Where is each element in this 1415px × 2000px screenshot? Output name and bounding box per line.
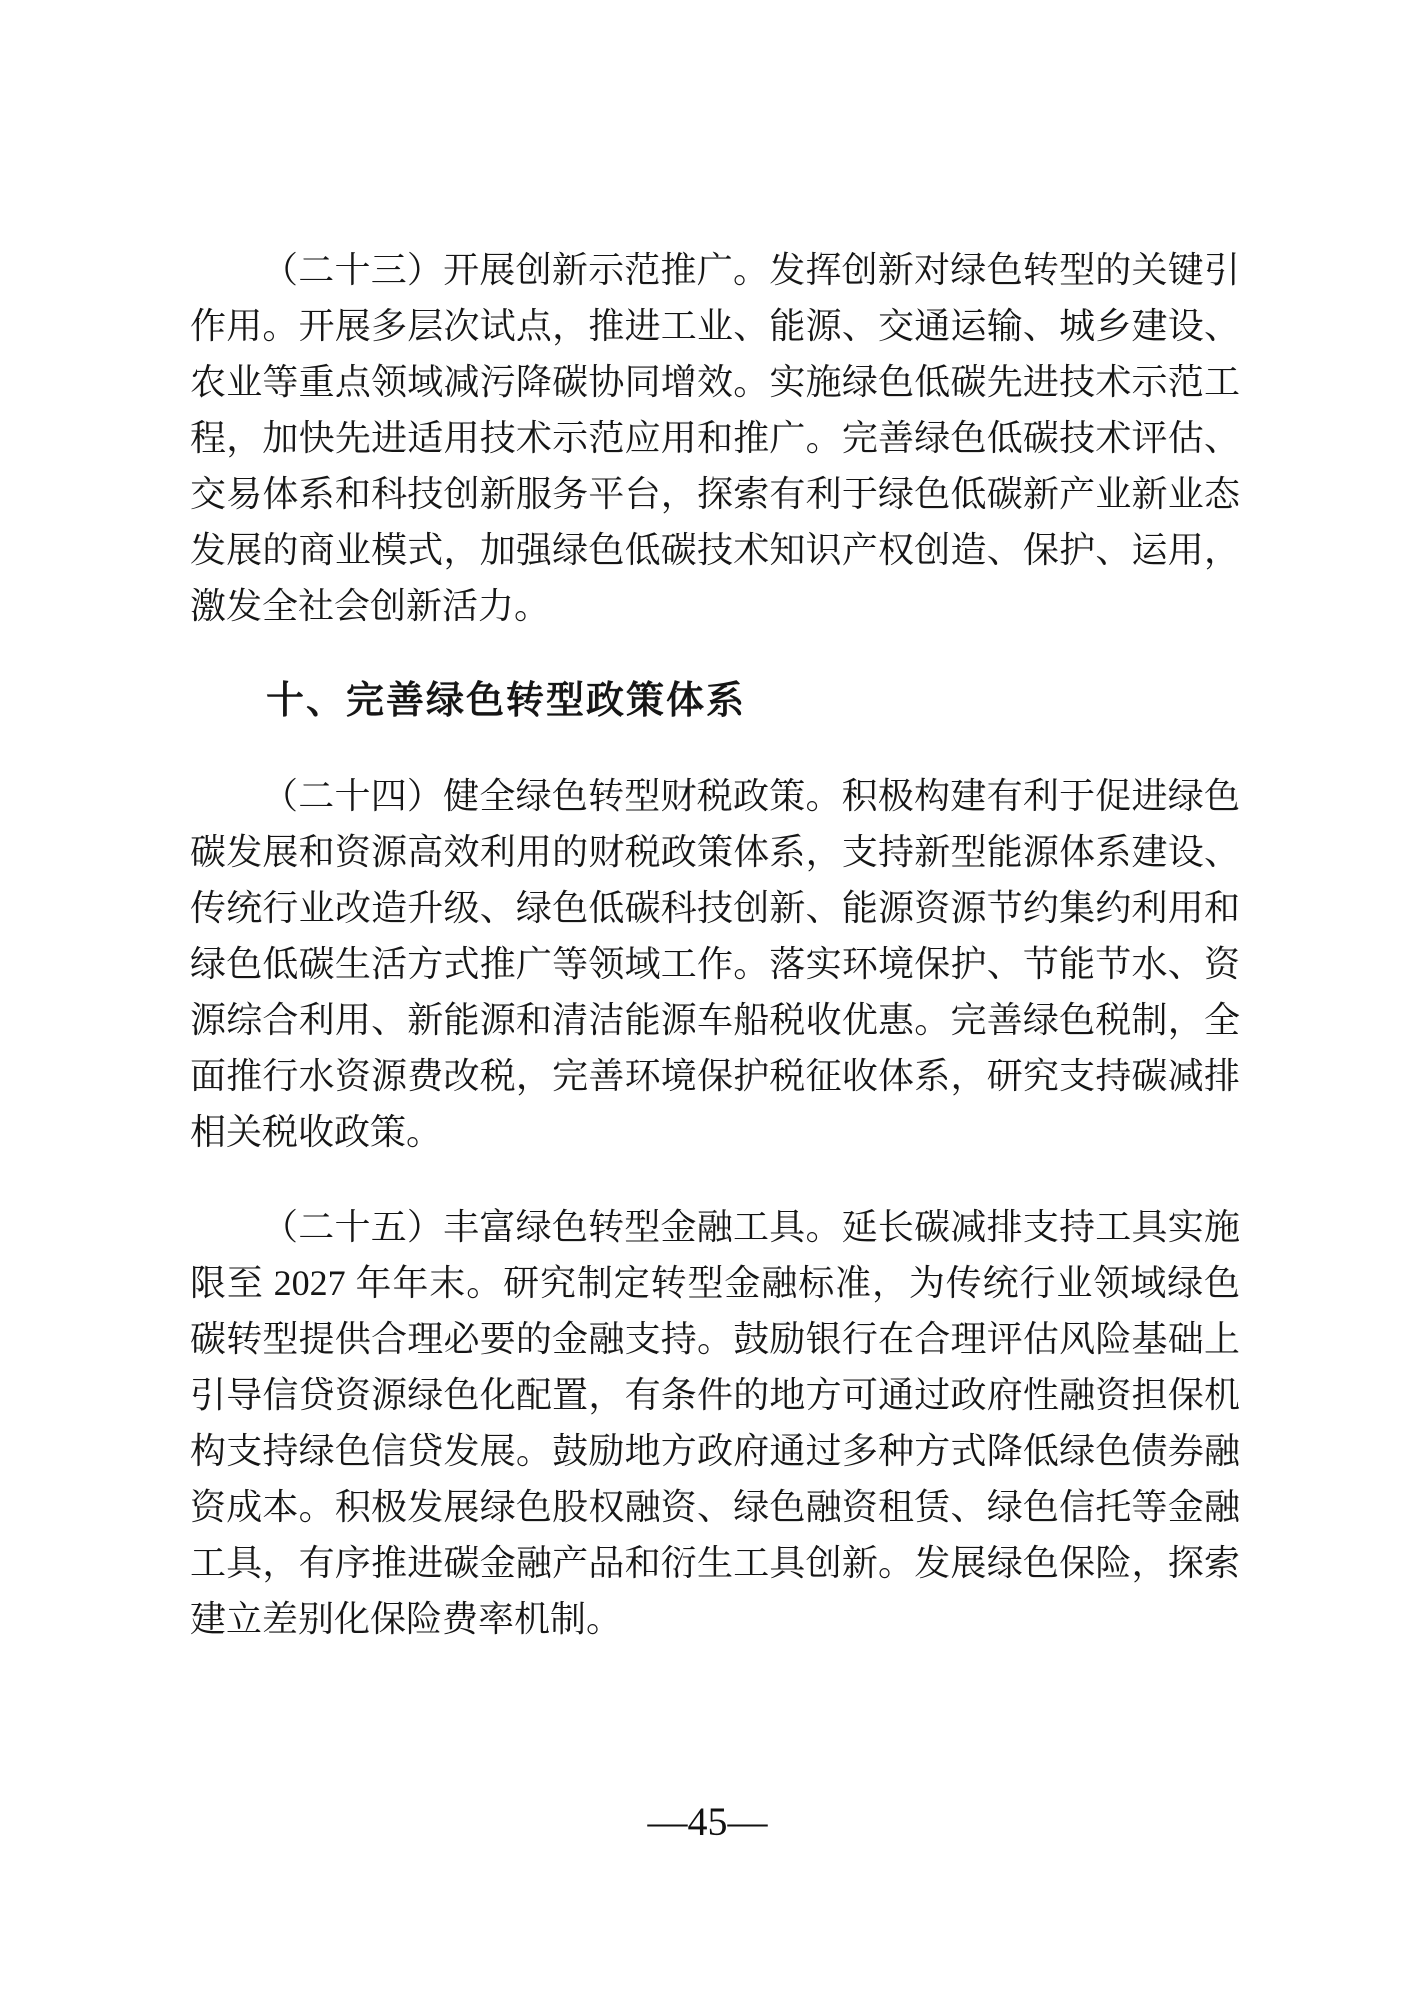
page-number-label: —45— [0,1796,1415,1848]
section-10-heading: 十、完善绿色转型政策体系 [190,673,1240,729]
document-page: （二十三）开展创新示范推广。发挥创新对绿色转型的关键引领作用。开展多层次试点，推… [0,0,1415,2000]
text-line: 碳转型提供合理必要的金融支持。鼓励银行在合理评估风险基础上 [190,1311,1240,1367]
text-line: 碳发展和资源高效利用的财税政策体系，支持新型能源体系建设、 [190,824,1240,880]
text-line: （二十五）丰富绿色转型金融工具。延长碳减排支持工具实施年 [190,1199,1240,1255]
text-line: 构支持绿色信贷发展。鼓励地方政府通过多种方式降低绿色债券融 [190,1423,1240,1479]
text-line: 农业等重点领域减污降碳协同增效。实施绿色低碳先进技术示范工 [190,354,1240,410]
item-25-paragraph: （二十五）丰富绿色转型金融工具。延长碳减排支持工具实施年限至 2027 年年末。… [190,1199,1240,1647]
text-line: 程，加快先进适用技术示范应用和推广。完善绿色低碳技术评估、 [190,410,1240,466]
text-line: 作用。开展多层次试点，推进工业、能源、交通运输、城乡建设、 [190,298,1240,354]
text-line: 工具，有序推进碳金融产品和衍生工具创新。发展绿色保险，探索 [190,1535,1240,1591]
text-line: （二十三）开展创新示范推广。发挥创新对绿色转型的关键引领 [190,242,1240,298]
text-line: 传统行业改造升级、绿色低碳科技创新、能源资源节约集约利用和 [190,880,1240,936]
text-line: 限至 2027 年年末。研究制定转型金融标准，为传统行业领域绿色低 [190,1255,1240,1311]
text-line: （二十四）健全绿色转型财税政策。积极构建有利于促进绿色低 [190,768,1240,824]
text-line: 绿色低碳生活方式推广等领域工作。落实环境保护、节能节水、资 [190,936,1240,992]
text-line: 发展的商业模式，加强绿色低碳技术知识产权创造、保护、运用， [190,522,1240,578]
document-text-block: （二十三）开展创新示范推广。发挥创新对绿色转型的关键引领作用。开展多层次试点，推… [190,242,1240,1647]
item-23-paragraph: （二十三）开展创新示范推广。发挥创新对绿色转型的关键引领作用。开展多层次试点，推… [190,242,1240,634]
text-line: 相关税收政策。 [190,1104,1240,1160]
text-line: 引导信贷资源绿色化配置，有条件的地方可通过政府性融资担保机 [190,1367,1240,1423]
text-line: 激发全社会创新活力。 [190,578,1240,634]
item-24-paragraph: （二十四）健全绿色转型财税政策。积极构建有利于促进绿色低碳发展和资源高效利用的财… [190,768,1240,1160]
text-line: 面推行水资源费改税，完善环境保护税征收体系，研究支持碳减排 [190,1048,1240,1104]
text-line: 建立差别化保险费率机制。 [190,1591,1240,1647]
text-line: 资成本。积极发展绿色股权融资、绿色融资租赁、绿色信托等金融 [190,1479,1240,1535]
text-line: 交易体系和科技创新服务平台，探索有利于绿色低碳新产业新业态 [190,466,1240,522]
text-line: 源综合利用、新能源和清洁能源车船税收优惠。完善绿色税制，全 [190,992,1240,1048]
